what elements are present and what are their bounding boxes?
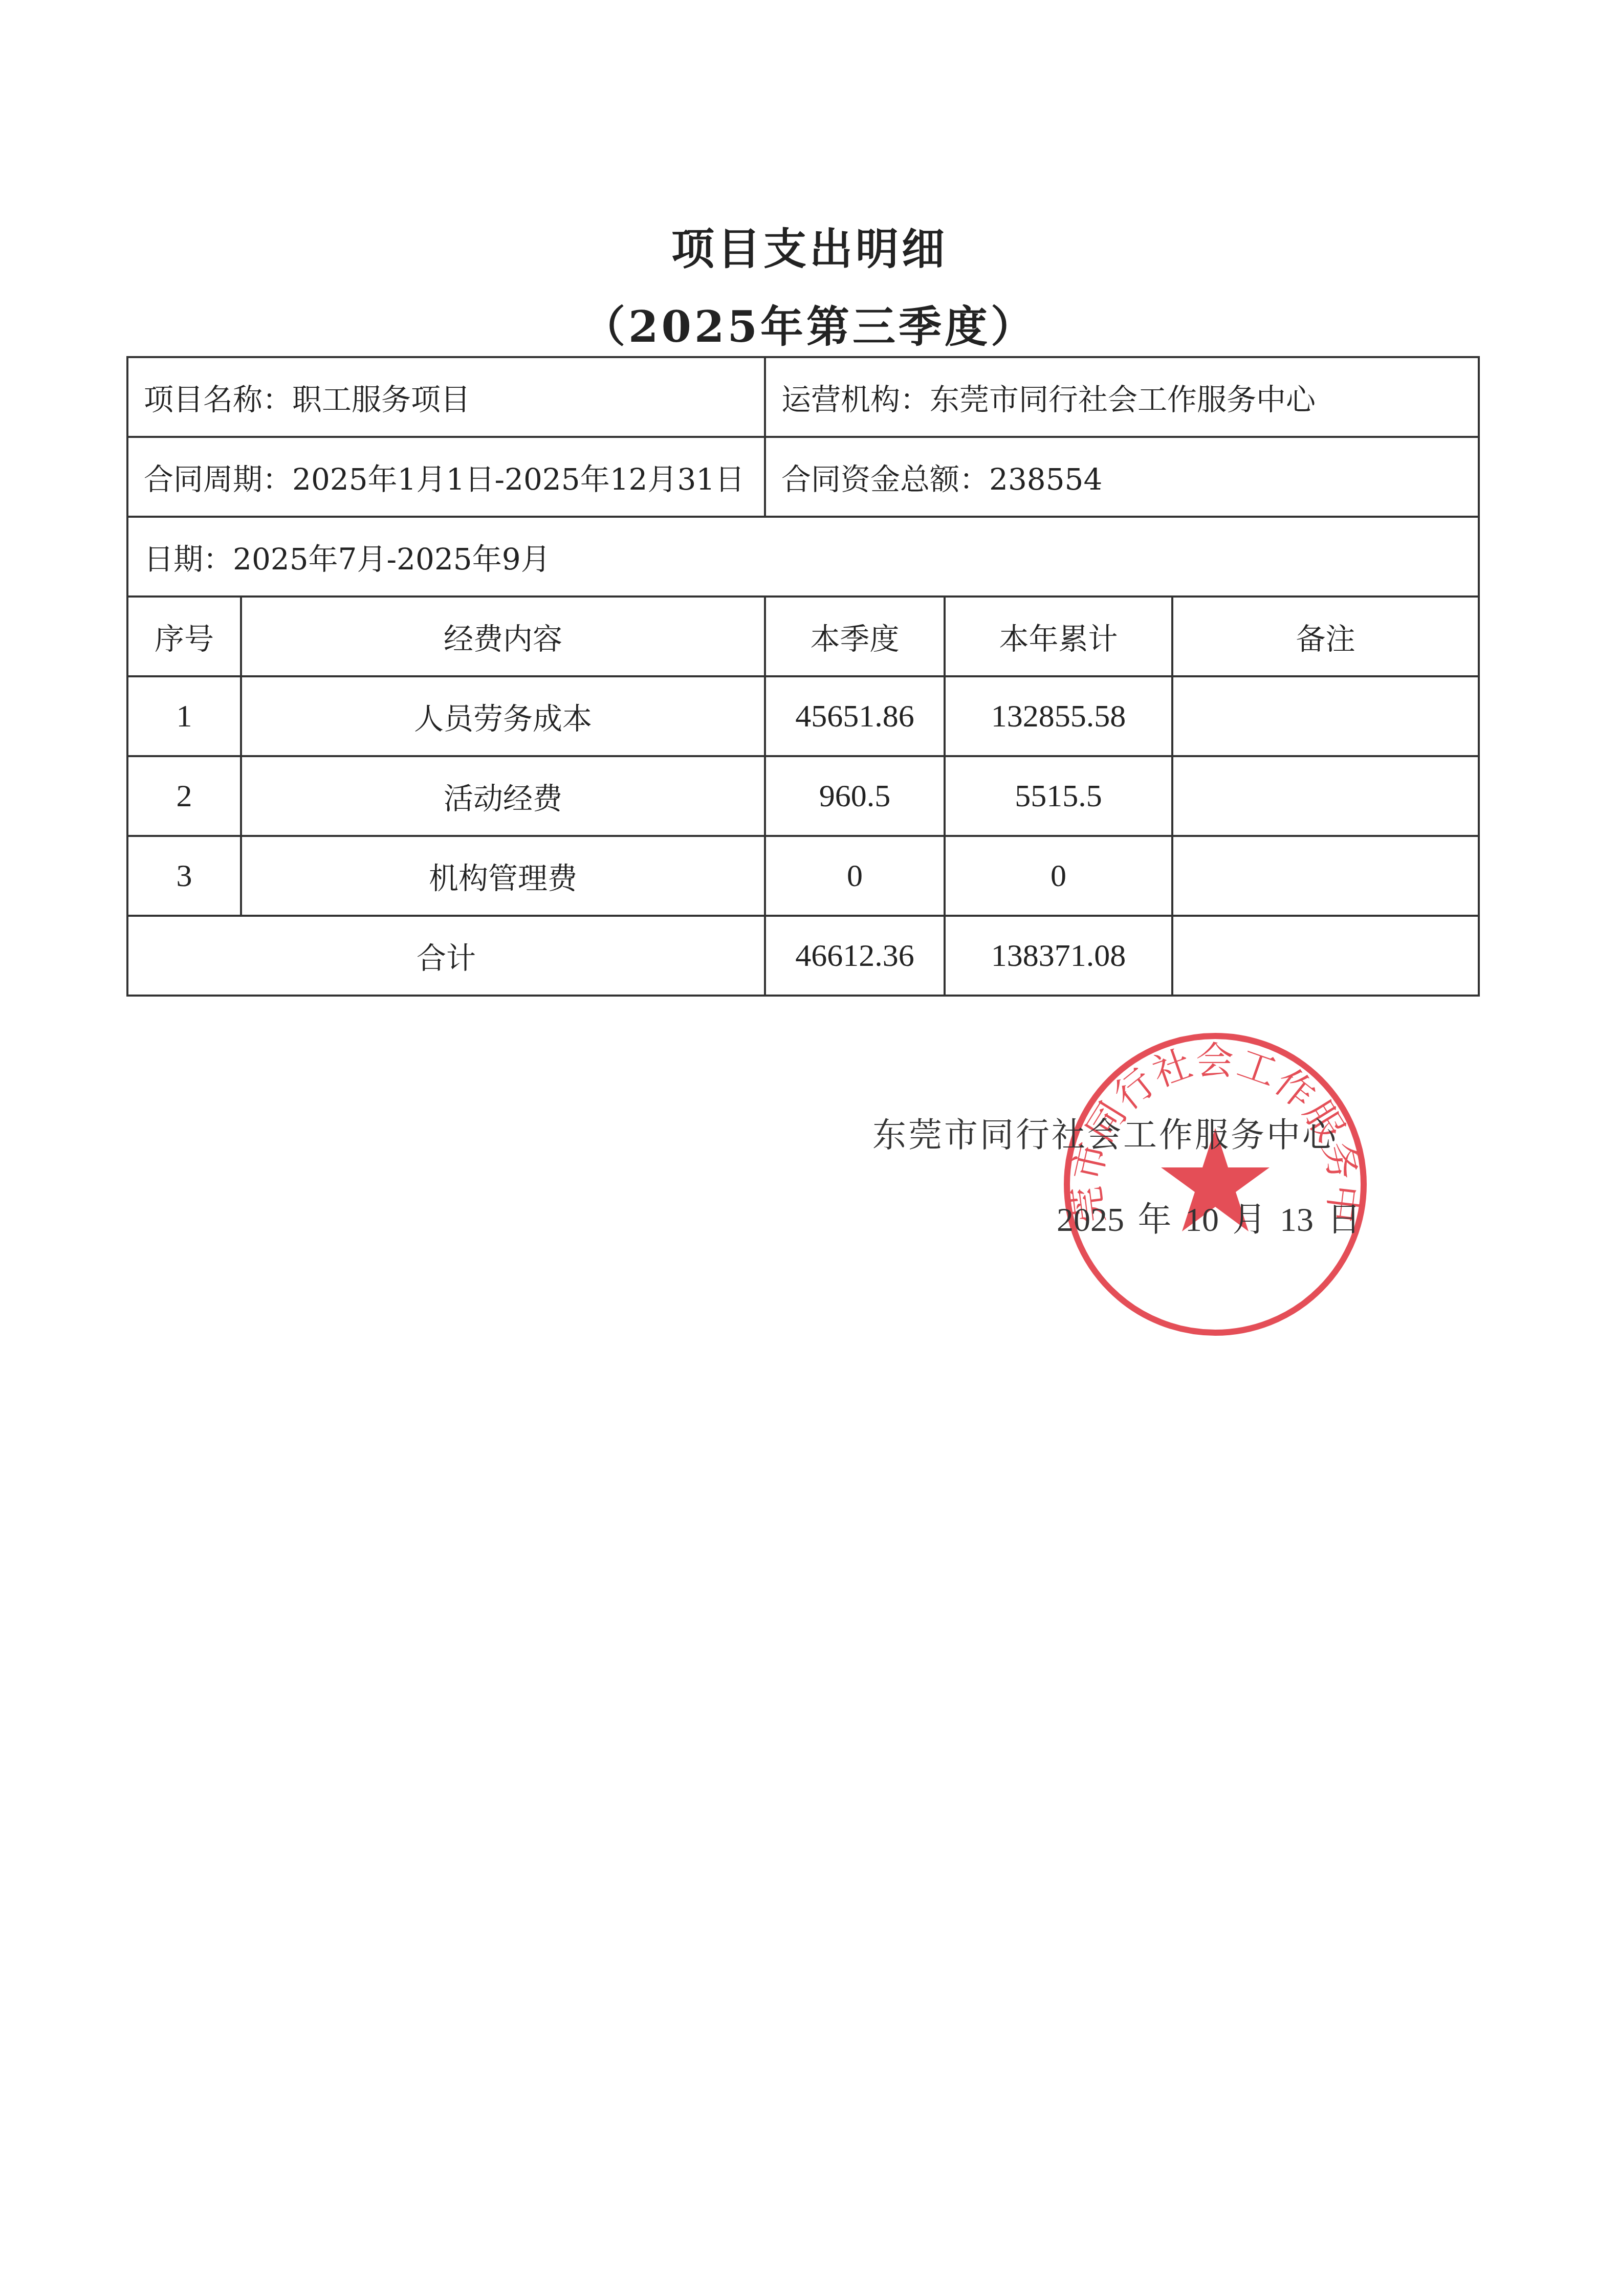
row-quarter: 960.5	[765, 756, 945, 836]
row-note	[1172, 836, 1479, 916]
row-quarter: 45651.86	[765, 676, 945, 756]
info-row-3: 日期：2025年7月-2025年9月	[127, 517, 1479, 597]
document-subtitle: （2025年第三季度）	[0, 293, 1619, 355]
row-item: 机构管理费	[241, 836, 765, 916]
contract-period-label: 合同周期：	[144, 462, 292, 497]
contract-amount-value: 238554	[989, 462, 1102, 497]
header-item: 经费内容	[241, 597, 765, 676]
project-name-cell: 项目名称：职工服务项目	[127, 357, 765, 437]
date-cell: 日期：2025年7月-2025年9月	[127, 517, 1479, 597]
row-item: 人员劳务成本	[241, 676, 765, 756]
expense-table: 项目名称：职工服务项目 运营机构：东莞市同行社会工作服务中心 合同周期：2025…	[126, 356, 1480, 997]
project-name-label: 项目名称：	[144, 382, 292, 417]
header-note: 备注	[1172, 597, 1479, 676]
table-row: 1 人员劳务成本 45651.86 132855.58	[127, 676, 1479, 756]
contract-amount-label: 合同资金总额：	[781, 462, 989, 497]
row-note	[1172, 756, 1479, 836]
contract-amount-cell: 合同资金总额：238554	[765, 437, 1479, 517]
row-no: 3	[127, 836, 241, 916]
total-note	[1172, 916, 1479, 996]
row-item: 活动经费	[241, 756, 765, 836]
header-quarter: 本季度	[765, 597, 945, 676]
table-header-row: 序号 经费内容 本季度 本年累计 备注	[127, 597, 1479, 676]
contract-period-value: 2025年1月1日-2025年12月31日	[292, 462, 745, 497]
header-no: 序号	[127, 597, 241, 676]
total-ytd: 138371.08	[945, 916, 1172, 996]
row-no: 2	[127, 756, 241, 836]
date-label: 日期：	[144, 542, 233, 577]
table-total-row: 合计 46612.36 138371.08	[127, 916, 1479, 996]
row-ytd: 132855.58	[945, 676, 1172, 756]
table-row: 3 机构管理费 0 0	[127, 836, 1479, 916]
project-name-value: 职工服务项目	[292, 382, 470, 417]
info-row-2: 合同周期：2025年1月1日-2025年12月31日 合同资金总额：238554	[127, 437, 1479, 517]
row-ytd: 5515.5	[945, 756, 1172, 836]
header-ytd: 本年累计	[945, 597, 1172, 676]
signature-date: 2025 年 10 月 13 日	[1057, 1192, 1361, 1241]
info-row-1: 项目名称：职工服务项目 运营机构：东莞市同行社会工作服务中心	[127, 357, 1479, 437]
document-title: 项目支出明细	[0, 215, 1619, 277]
operator-label: 运营机构：	[781, 382, 930, 417]
table-row: 2 活动经费 960.5 5515.5	[127, 756, 1479, 836]
operator-value: 东莞市同行社会工作服务中心	[930, 382, 1316, 417]
contract-period-cell: 合同周期：2025年1月1日-2025年12月31日	[127, 437, 765, 517]
row-ytd: 0	[945, 836, 1172, 916]
row-no: 1	[127, 676, 241, 756]
row-note	[1172, 676, 1479, 756]
operator-cell: 运营机构：东莞市同行社会工作服务中心	[765, 357, 1479, 437]
official-seal-stamp: 东莞市同行社会工作服务中心	[1059, 1028, 1371, 1340]
total-label: 合计	[127, 916, 765, 996]
signature-organization: 东莞市同行社会工作服务中心	[872, 1108, 1338, 1156]
row-quarter: 0	[765, 836, 945, 916]
total-quarter: 46612.36	[765, 916, 945, 996]
date-range-value: 2025年7月-2025年9月	[233, 542, 551, 577]
